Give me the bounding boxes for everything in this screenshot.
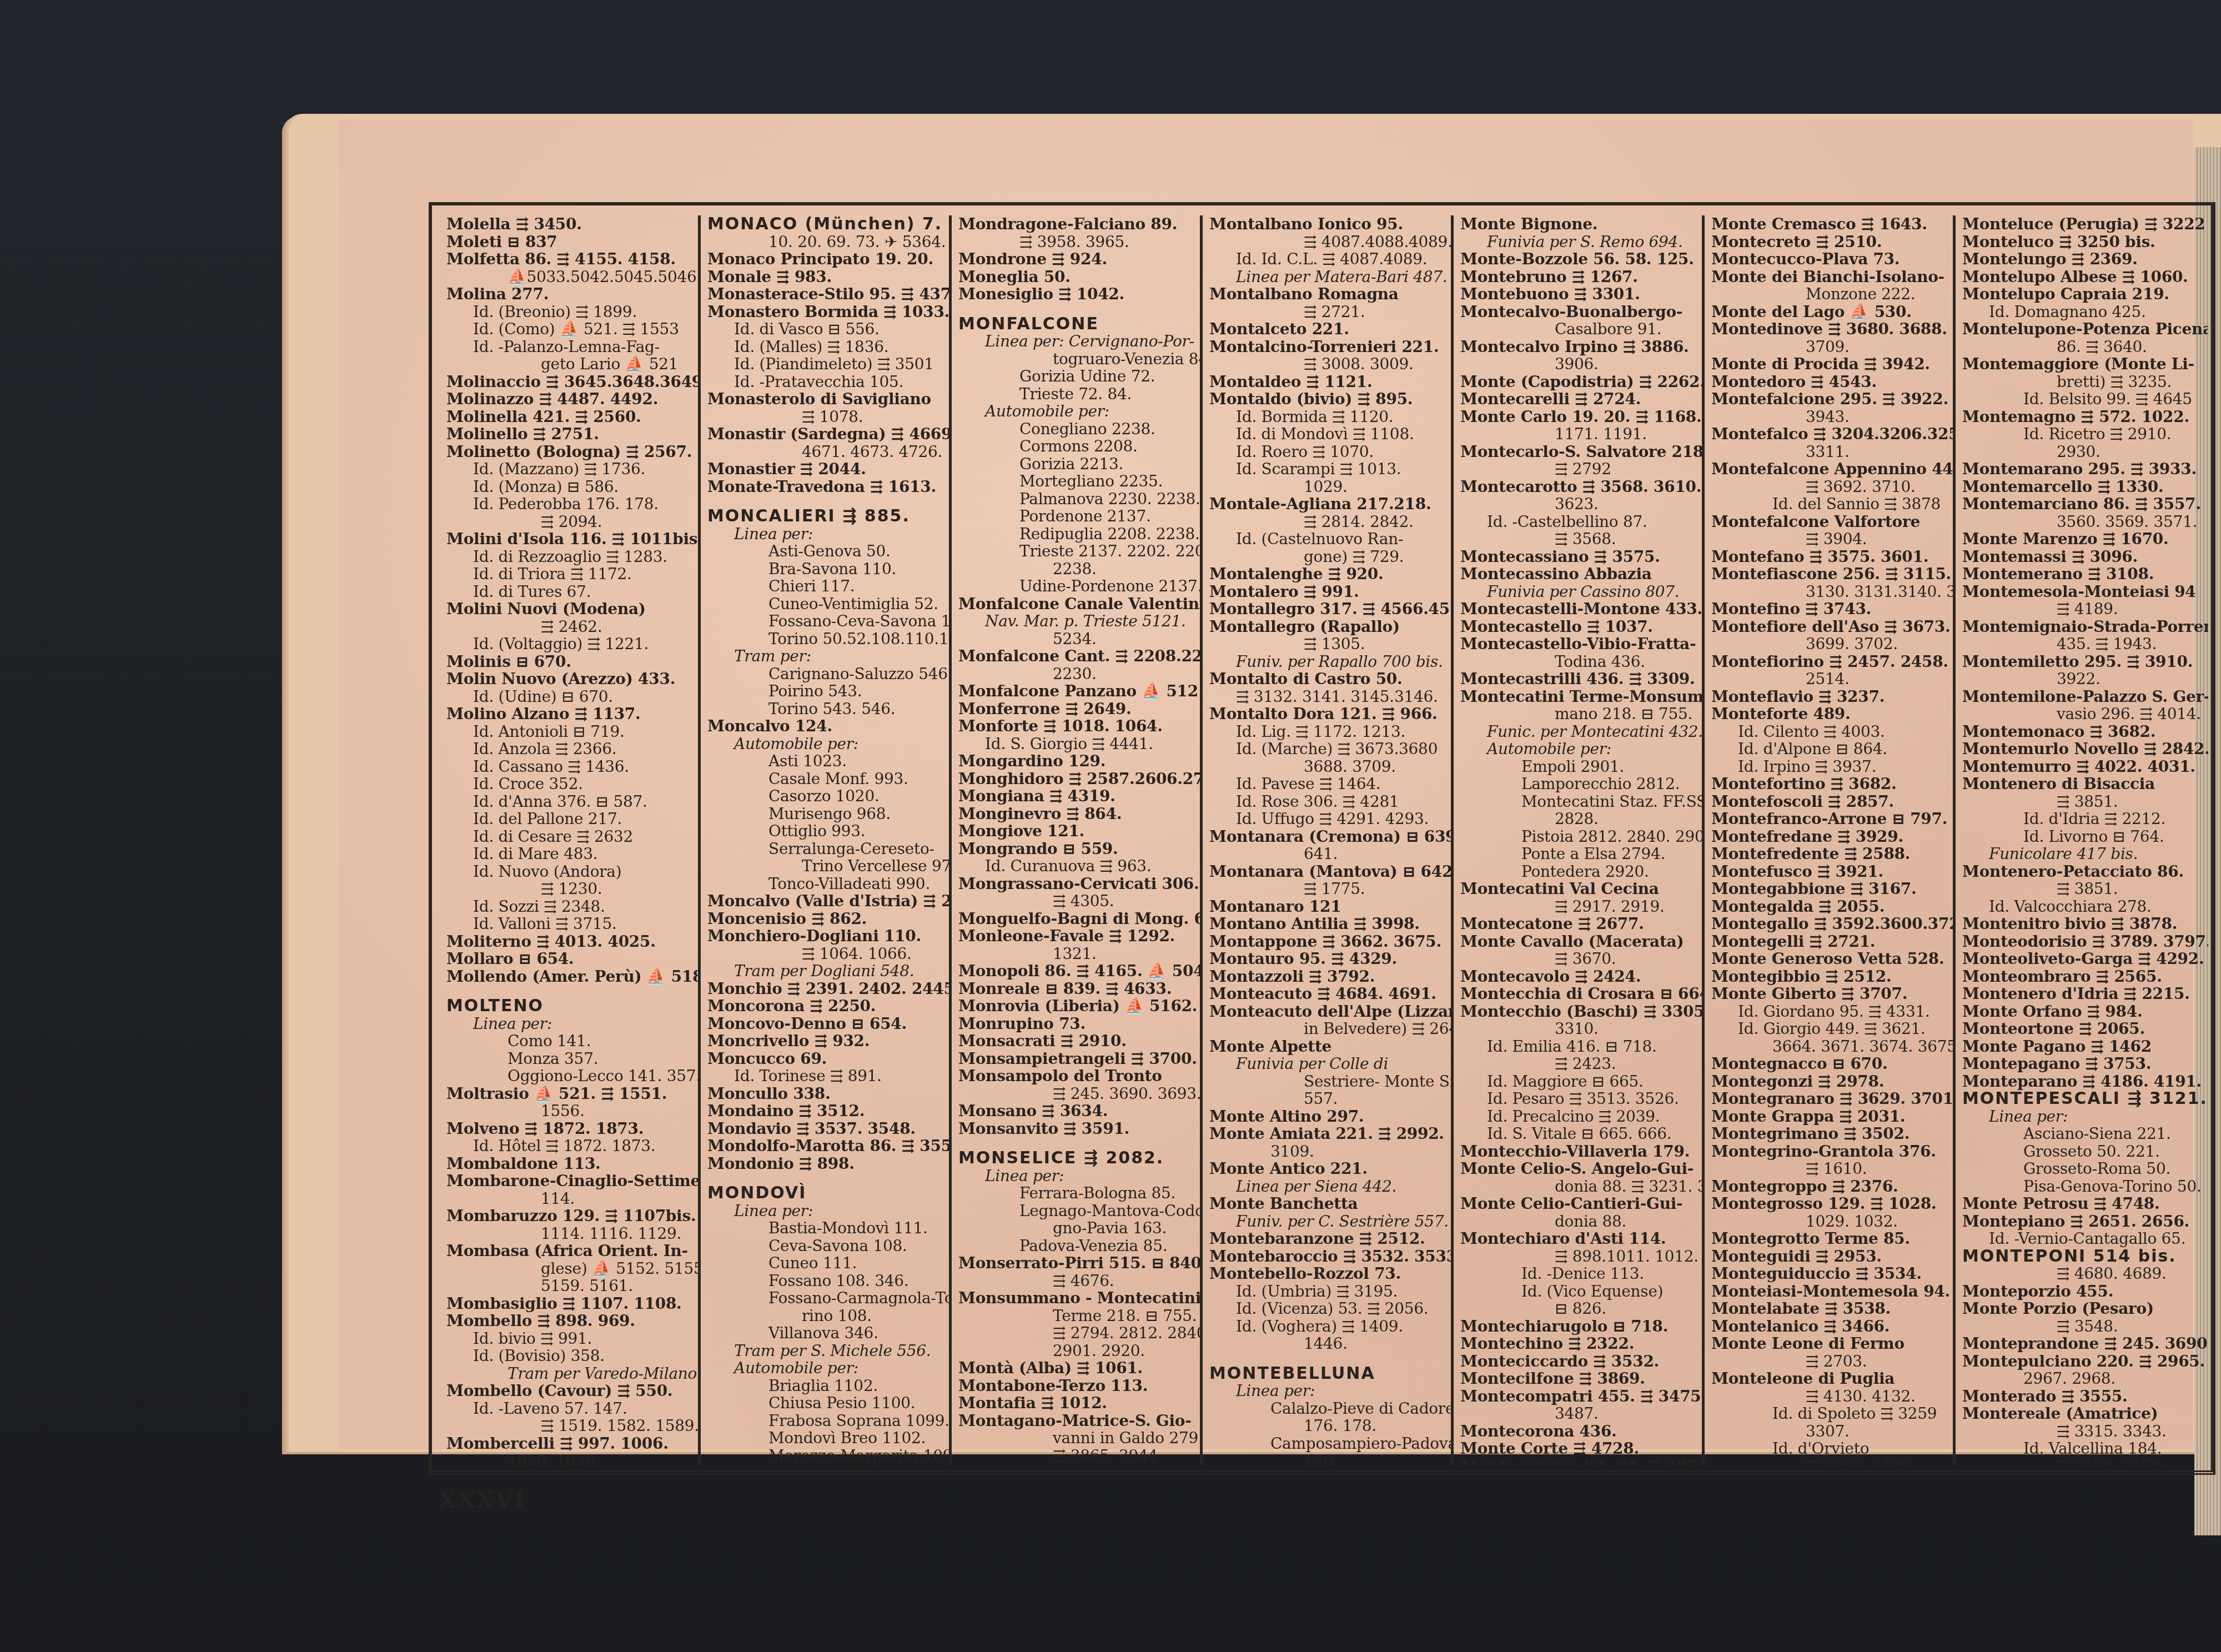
section-heading: MONTEPESCALI ⇶ 3121. xyxy=(1962,1090,2204,1108)
index-entry: Tram per Dogliani 548. xyxy=(707,962,944,980)
index-entry: Linea per Matera-Bari 487. xyxy=(1209,268,1446,286)
index-entry: Casale Monf. 993. xyxy=(707,770,944,788)
index-entry: Monopoli 86. ⇶ 4165. ⛵ 5042. xyxy=(958,962,1195,980)
index-entry: Montaldo (bivio) ⇶ 895. xyxy=(1209,390,1446,408)
section-heading: MONFALCONE xyxy=(958,315,1195,333)
index-entry: Moncovo-Denno ⊟ 654. xyxy=(707,1015,944,1033)
index-entry: Linea per: xyxy=(707,525,944,543)
index-entry: Automobile per: xyxy=(958,403,1195,420)
index-entry: Monteporzio 455. xyxy=(1962,1283,2204,1300)
index-entry: Torino 543. 546. xyxy=(707,700,944,718)
index-entry: Montemarcello ⇶ 1330. xyxy=(1962,478,2204,496)
index-entry: Id. -Castelbellino 87. xyxy=(1460,513,1697,531)
index-entry: 10. 20. 69. 73. ✈ 5364. xyxy=(707,233,944,251)
index-entry: Morozzo-Margarita 1092. xyxy=(707,1447,944,1465)
index-entry: 1114. 1116. 1129. xyxy=(446,1225,694,1243)
index-entry: Id. -Denice 113. xyxy=(1460,1265,1697,1283)
index-entry: Ottiglio 993. xyxy=(707,822,944,840)
index-entry: Cormons 2208. xyxy=(958,438,1195,455)
index-entry: Id. Valloni ⇶ 3715. xyxy=(446,915,694,933)
page-number: XXXVI xyxy=(439,1487,526,1513)
index-entry: Monte Pagano ⇶ 1462 xyxy=(1962,1038,2204,1056)
index-entry: Montegibbio ⇶ 2512. xyxy=(1711,968,1948,986)
index-entry: Redipuglia 2208. 2238. xyxy=(958,525,1195,543)
index-entry: Molfetta 86. ⇶ 4155. 4158. xyxy=(446,250,694,268)
index-entry: Montefino ⇶ 3743. xyxy=(1711,600,1948,618)
index-entry: Id. (Voghera) ⇶ 1409. xyxy=(1209,1318,1446,1335)
index-entry: Id. Hôtel ⇶ 1872. 1873. xyxy=(446,1137,694,1155)
index-entry: Montale-Agliana 217.218. xyxy=(1209,495,1446,513)
index-entry: Mollendo (Amer. Perù) ⛵ 5186. xyxy=(446,968,694,986)
index-entry: Linea per: xyxy=(958,1167,1195,1185)
index-entry: ⇶ 2423. xyxy=(1460,1055,1697,1073)
index-entry: 176. 178. xyxy=(1209,1417,1446,1435)
index-entry: vanni in Galdo 279. xyxy=(958,1429,1195,1447)
index-entry: 2238. xyxy=(958,560,1195,578)
index-entry: Monte Orfano ⇶ 984. xyxy=(1962,1003,2204,1021)
index-entry: Id. -Vernio-Cantagallo 65. xyxy=(1962,1230,2204,1248)
index-entry: Monte Altino 297. xyxy=(1209,1108,1446,1126)
index-entry: Id. Precalcino ⇶ 2039. xyxy=(1460,1108,1697,1126)
index-entry: Gorizia 2213. xyxy=(958,455,1195,473)
index-entry: Monferrone ⇶ 2649. xyxy=(958,700,1195,718)
index-entry: Monsummano - Montecatini xyxy=(958,1289,1195,1307)
index-entry: Molini d'Isola 116. ⇶ 1011bis xyxy=(446,530,694,548)
index-entry: Montecastrilli 436. ⇶ 3309. xyxy=(1460,670,1697,688)
index-entry: Fossano-Ceva-Savona 108 xyxy=(707,612,944,630)
index-entry: Id. di Mare 483. xyxy=(446,845,694,863)
index-entry: Monteombraro ⇶ 2565. xyxy=(1962,968,2204,986)
index-entry: 2930. xyxy=(1962,443,2204,461)
index-entry: Molveno ⇶ 1872. 1873. xyxy=(446,1120,694,1138)
index-entry: Id. Cassano ⇶ 1436. xyxy=(446,758,694,776)
index-entry: 2901. 2920. xyxy=(958,1342,1195,1360)
index-entry: Funivia per S. Remo 694. xyxy=(1460,233,1697,251)
index-entry: Udine-Pordenone 2137. xyxy=(958,578,1195,595)
index-entry: 3709. xyxy=(1711,338,1948,356)
index-entry: Montecreto ⇶ 2510. xyxy=(1711,233,1948,251)
index-entry: Montalto Dora 121. ⇶ 966. xyxy=(1209,705,1446,723)
index-entry: Montelabate ⇶ 3538. xyxy=(1711,1300,1948,1318)
index-entry: Conegliano 2238. xyxy=(958,420,1195,438)
index-entry: Monforte ⇶ 1018. 1064. xyxy=(958,717,1195,735)
index-entry: ⇶ 2721. xyxy=(1209,303,1446,321)
index-entry: Montegabbione ⇶ 3167. xyxy=(1711,880,1948,898)
index-entry: Monsampietrangeli ⇶ 3700. xyxy=(958,1050,1195,1068)
index-entry: Monteacuto ⇶ 4684. 4691. xyxy=(1209,985,1446,1003)
index-entry: Montemiletto 295. ⇶ 3910. xyxy=(1962,653,2204,671)
index-entry: Id. Belsito 99. ⇶ 4645 xyxy=(1962,390,2204,408)
index-entry: Montazzoli ⇶ 3792. xyxy=(1209,968,1446,986)
index-entry: ⊟ 826. xyxy=(1460,1300,1697,1318)
index-entry: Mondrone ⇶ 924. xyxy=(958,250,1195,268)
index-entry: gno-Pavia 163. xyxy=(958,1219,1195,1237)
index-entry: Trieste 72. 84. xyxy=(958,385,1195,403)
index-entry: Mombaruzzo 129. ⇶ 1107bis. xyxy=(446,1207,694,1225)
index-entry: Montegnacco ⊟ 670. xyxy=(1711,1055,1948,1073)
index-entry: ⇶ 2094. xyxy=(446,513,694,531)
index-entry: ⇶ 1305. xyxy=(1209,635,1446,653)
index-entry: Id. (Mazzano) ⇶ 1736. xyxy=(446,460,694,478)
index-entry: Padova-Venezia 85. xyxy=(958,1237,1195,1255)
index-entry: Montappone ⇶ 3662. 3675. xyxy=(1209,933,1446,951)
index-entry: Mombello ⇶ 898. 969. xyxy=(446,1312,694,1330)
index-entry: Id. di Vasco ⊟ 556. xyxy=(707,320,944,338)
index-entry: Monte di Procida ⇶ 3942. xyxy=(1711,355,1948,373)
index-entry: Monaco Principato 19. 20. xyxy=(707,250,944,268)
index-entry: Monte Marenzo ⇶ 1670. xyxy=(1962,530,2204,548)
index-entry: Id. Lig. ⇶ 1172. 1213. xyxy=(1209,723,1446,741)
index-entry: ⇶ 3670. xyxy=(1460,950,1697,968)
index-entry: Molin Nuovo (Arezzo) 433. xyxy=(446,670,694,688)
index-entry: 86. ⇶ 3640. xyxy=(1962,338,2204,356)
index-entry: ⇶ 2917. 2919. xyxy=(1460,898,1697,916)
index-entry: Montemarciano 86. ⇶ 3557. xyxy=(1962,495,2204,513)
index-entry: Id. di Tures 67. xyxy=(446,583,694,601)
index-entry: 3906. xyxy=(1460,355,1697,373)
index-entry: ⇶ 2814. 2842. xyxy=(1209,513,1446,531)
index-column-7: Monteluce (Perugia) ⇶ 3222Monteluco ⇶ 32… xyxy=(1956,215,2208,1465)
index-entry: Id. Domagnano 425. xyxy=(1962,303,2204,321)
index-entry: 5159. 5161. xyxy=(446,1277,694,1295)
index-entry: Id. (Como) ⛵ 521. ⇶ 1553 xyxy=(446,320,694,338)
index-entry: Montefranco-Arrone ⊟ 797. xyxy=(1711,810,1948,828)
index-entry: ⇶ 2794. 2812. 2840. xyxy=(958,1324,1195,1342)
index-entry: Id. (Umbria) ⇶ 3195. xyxy=(1209,1283,1446,1300)
index-entry: Id. Anzola ⇶ 2366. xyxy=(446,740,694,758)
index-entry: Id. Nuovo (Andora) xyxy=(446,863,694,881)
index-entry: Murisengo 968. xyxy=(707,805,944,823)
index-entry: Mombasiglio ⇶ 1107. 1108. xyxy=(446,1295,694,1313)
index-entry: Mondovì Breo 1102. xyxy=(707,1429,944,1447)
index-entry: Empoli 2901. xyxy=(1460,758,1697,776)
index-entry: donia 88. xyxy=(1460,1213,1697,1231)
index-entry: Asti-Genova 50. xyxy=(707,543,944,560)
index-entry: Monteforte 489. xyxy=(1711,705,1948,723)
index-entry: Chieri 117. xyxy=(707,578,944,595)
index-entry: Bra-Savona 110. xyxy=(707,560,944,578)
index-entry: ⇶ 3692. 3710. xyxy=(1711,478,1948,496)
index-entry: Id. (Malles) ⇶ 1836. xyxy=(707,338,944,356)
index-entry: Monterado ⇶ 3555. xyxy=(1962,1388,2204,1405)
index-entry: Montepagano ⇶ 3753. xyxy=(1962,1055,2204,1073)
index-entry: Moliterno ⇶ 4013. 4025. xyxy=(446,933,694,951)
index-entry: Id. del Pallone 217. xyxy=(446,810,694,828)
section-heading: MONDOVÌ xyxy=(707,1184,944,1202)
index-entry: Monza 357. xyxy=(446,1050,694,1068)
section-heading: MOLTENO xyxy=(446,997,694,1015)
index-entry: Monteleone di Puglia xyxy=(1711,1370,1948,1388)
index-entry: Grosseto 50. 221. xyxy=(1962,1143,2204,1161)
index-entry: Montefalco ⇶ 3204.3206.3250 xyxy=(1711,425,1948,443)
index-entry: Montemassi ⇶ 3096. xyxy=(1962,548,2204,566)
index-entry: Monchio ⇶ 2391. 2402. 2445. xyxy=(707,980,944,998)
index-entry: Mongiove 121. xyxy=(958,822,1195,840)
index-entry: 3688. 3709. xyxy=(1209,758,1446,776)
index-entry: Montemaggiore (Monte Li- xyxy=(1962,355,2204,373)
index-entry: Montecastello ⇶ 1037. xyxy=(1460,618,1697,636)
index-entry: Monteguidi ⇶ 2953. xyxy=(1711,1248,1948,1266)
index-entry: Montà (Alba) ⇶ 1061. xyxy=(958,1359,1195,1377)
index-entry: Montegrosso 129. ⇶ 1028. xyxy=(1711,1195,1948,1213)
index-entry: gone) ⇶ 729. xyxy=(1209,548,1446,566)
index-entry: Legnago-Mantova-Codo- xyxy=(958,1202,1195,1220)
index-entry: Monsampolo del Tronto xyxy=(958,1067,1195,1085)
index-entry: Molinaccio ⇶ 3645.3648.3649. xyxy=(446,373,694,391)
index-entry: Monteguiduccio ⇶ 3534. xyxy=(1711,1265,1948,1283)
index-entry: Monasterolo di Savigliano xyxy=(707,390,944,408)
index-entry: Monzone 222. xyxy=(1711,285,1948,303)
index-entry: Id. -Pratavecchia 105. xyxy=(707,373,944,391)
index-entry: Montaldeo ⇶ 1121. xyxy=(1209,373,1446,391)
index-entry: Montefiore dell'Aso ⇶ 3673. xyxy=(1711,618,1948,636)
index-entry: Monteacuto dell'Alpe (Lizzano xyxy=(1209,1003,1446,1021)
index-entry: Mongiana ⇶ 4319. xyxy=(958,787,1195,805)
index-entry: Monasterace-Stilo 95. ⇶ 4378. xyxy=(707,285,944,303)
index-entry: Mondavio ⇶ 3537. 3548. xyxy=(707,1120,944,1138)
index-entry: Linea per: Cervignano-Por- xyxy=(958,333,1195,350)
index-entry: Oggiono-Lecco 141. 357. xyxy=(446,1067,694,1085)
index-entry: Montechiaro d'Asti 114. xyxy=(1460,1230,1697,1248)
index-entry: Montefusco ⇶ 3921. xyxy=(1711,863,1948,881)
index-entry: Monte Amiata 221. ⇶ 2992. xyxy=(1209,1125,1446,1143)
index-entry: Montelupo Albese ⇶ 1060. xyxy=(1962,268,2204,286)
index-entry: 1029. xyxy=(1209,478,1446,496)
index-entry: Id. Ricetro ⇶ 2910. xyxy=(1962,425,2204,443)
index-entry: 4671. 4673. 4726. xyxy=(707,443,944,461)
index-entry: Montefredente ⇶ 2588. xyxy=(1711,845,1948,863)
index-entry: vasio 296. ⇶ 4014. xyxy=(1962,705,2204,723)
index-entry: Mombarone-Cinaglio-Settime xyxy=(446,1172,694,1190)
index-entry: Funivia per Colle di xyxy=(1209,1055,1446,1073)
index-entry: Pistoia 2812. 2840. 2901. xyxy=(1460,828,1697,846)
index-entry: Montegonzi ⇶ 2978. xyxy=(1711,1073,1948,1091)
index-entry: Montalenghe ⇶ 920. xyxy=(1209,565,1446,583)
index-entry: donia 88. ⇶ 3231. 3241. xyxy=(1460,1178,1697,1196)
index-entry: Id. Emilia 416. ⊟ 718. xyxy=(1460,1038,1697,1056)
index-entry: Montagano-Matrice-S. Gio- xyxy=(958,1412,1195,1430)
section-heading: MONSELICE ⇶ 2082. xyxy=(958,1149,1195,1167)
index-entry: ⇶ 898.1011. 1012. xyxy=(1460,1248,1697,1266)
index-entry: Molella ⇶ 3450. xyxy=(446,215,694,233)
index-entry: Moncullo 338. xyxy=(707,1085,944,1103)
index-entry: Id. S. Giorgio ⇶ 4441. xyxy=(958,735,1195,753)
index-entry: Monteluco ⇶ 3250 bis. xyxy=(1962,233,2204,251)
index-entry: Monte Celio-S. Angelo-Gui- xyxy=(1460,1160,1697,1178)
index-entry: Montefortino ⇶ 3682. xyxy=(1711,775,1948,793)
index-entry: Montafia ⇶ 1012. xyxy=(958,1394,1195,1412)
index-entry: Linea per: xyxy=(446,1015,694,1033)
index-entry: Linea per: xyxy=(707,1202,944,1220)
index-entry: ⇶ 4189. xyxy=(1962,600,2204,618)
index-entry: ⇶ 3865. 3944. xyxy=(958,1447,1195,1465)
index-entry: 3560. 3569. 3571. xyxy=(1962,513,2204,531)
index-entry: Id. d'Alpone ⊟ 864. xyxy=(1711,740,1948,758)
index-entry: Montelupone-Potenza Picena xyxy=(1962,320,2204,338)
index-entry: Casalbore 91. xyxy=(1460,320,1697,338)
index-entry: Montecavolo ⇶ 2424. xyxy=(1460,968,1697,986)
index-entry: Sestriere- Monte Sises xyxy=(1209,1073,1446,1091)
index-entry: Palmanova 2230. 2238. xyxy=(958,490,1195,508)
index-entry: Monte del Lago ⛵ 530. xyxy=(1711,303,1948,321)
index-entry: Montebaranzone ⇶ 2512. xyxy=(1209,1230,1446,1248)
index-entry: Molinetto (Bologna) ⇶ 2567. xyxy=(446,443,694,461)
index-entry: Id. (Udine) ⊟ 670. xyxy=(446,688,694,706)
index-entry: bretti) ⇶ 3235. xyxy=(1962,373,2204,391)
index-entry: ⇶ 3167. 3180. xyxy=(1711,1458,1948,1465)
index-entry: Id. Id. C.L. ⇶ 4087.4089. xyxy=(1209,250,1446,268)
index-entry: Molinis ⊟ 670. xyxy=(446,653,694,671)
index-entry: Monguelfo-Bagni di Mong. 66. xyxy=(958,910,1195,928)
index-entry: Monteciccardo ⇶ 3532. xyxy=(1460,1353,1697,1370)
index-entry: Id. (Vicenza) 53. ⇶ 2056. xyxy=(1209,1300,1446,1318)
index-entry: 3922. xyxy=(1962,670,2204,688)
index-entry: Montebello-Rozzol 73. xyxy=(1209,1265,1446,1283)
index-entry: Id. Maggiore ⊟ 665. xyxy=(1460,1073,1697,1091)
index-entry: Moltrasio ⛵ 521. ⇶ 1551. xyxy=(446,1085,694,1103)
index-entry: Montecarelli ⇶ 2724. xyxy=(1460,390,1697,408)
index-entry: Id. Valcellina 184. xyxy=(1962,1440,2204,1458)
index-entry: Chiusa Pesio 1100. xyxy=(707,1394,944,1412)
index-entry: ⇶ 3958. 3965. xyxy=(958,233,1195,251)
index-entry: Automobile per: xyxy=(1460,740,1697,758)
index-entry: Carignano-Saluzzo 546 xyxy=(707,665,944,683)
index-entry: Monteparano ⇶ 4186. 4191. xyxy=(1962,1073,2204,1091)
index-entry: Grosseto-Roma 50. xyxy=(1962,1160,2204,1178)
index-entry: Montefredane ⇶ 3929. xyxy=(1711,828,1948,846)
index-entry: Montemurro ⇶ 4022. 4031. xyxy=(1962,758,2204,776)
index-entry: ⇶ 4305. xyxy=(958,892,1195,910)
index-entry: Ponte a Elsa 2794. xyxy=(1460,845,1697,863)
index-entry: Id. Curanuova ⇶ 963. xyxy=(958,857,1195,875)
index-entry: Id. di Triora ⇶ 1172. xyxy=(446,565,694,583)
index-entry: Montenitro bivio ⇶ 3878. xyxy=(1962,915,2204,933)
index-entry: Monale ⇶ 983. xyxy=(707,268,944,286)
index-entry: Montedoro ⇶ 4543. xyxy=(1711,373,1948,391)
index-entry: Monte Carlo 19. 20. ⇶ 1168. xyxy=(1460,408,1697,426)
index-entry: Monteprandone ⇶ 245. 3690. xyxy=(1962,1335,2204,1353)
index-entry: Fossano-Carmagnola-To- xyxy=(707,1289,944,1307)
index-entry: Id. Pavese ⇶ 1464. xyxy=(1209,775,1446,793)
index-entry: Montecompatri 455. ⇶ 3475 xyxy=(1460,1388,1697,1405)
index-entry: mano 218. ⊟ 755. xyxy=(1460,705,1697,723)
index-entry: ⇶ 1775. xyxy=(1209,880,1446,898)
index-entry: Montefalcone Valfortore xyxy=(1711,513,1948,531)
index-columns: Molella ⇶ 3450.Moleti ⊟ 837Molfetta 86. … xyxy=(440,215,2208,1465)
index-entry: ⇶ 1519. 1582. 1589. xyxy=(446,1417,694,1435)
index-entry: 3307. xyxy=(1711,1423,1948,1440)
index-entry: 5234. xyxy=(958,630,1195,648)
index-entry: rino 108. xyxy=(707,1307,944,1325)
index-entry: Montecassiano ⇶ 3575. xyxy=(1460,548,1697,566)
index-entry: Monrupino 73. xyxy=(958,1015,1195,1033)
index-entry: Id. (Vico Equense) xyxy=(1460,1283,1697,1300)
index-entry: Fossano 108. 346. xyxy=(707,1272,944,1290)
index-entry: Frabosa Soprana 1099. xyxy=(707,1412,944,1430)
index-entry: Montecchio-Villaverla 179. xyxy=(1460,1143,1697,1161)
index-column-3: Mondragone-Falciano 89.⇶ 3958. 3965.Mond… xyxy=(952,215,1203,1465)
index-entry: Id. Antonioli ⊟ 719. xyxy=(446,723,694,741)
index-entry: Gorizia Udine 72. xyxy=(958,368,1195,385)
index-entry: Moncorona ⇶ 2250. xyxy=(707,997,944,1015)
index-entry: Monte dei Bianchi-Isolano- xyxy=(1711,268,1948,286)
index-entry: 641. xyxy=(1209,845,1446,863)
index-entry: Monleone-Favale ⇶ 1292. xyxy=(958,927,1195,945)
index-entry: Montalceto 221. xyxy=(1209,320,1446,338)
index-entry: 1028. 1029. xyxy=(446,1452,694,1465)
index-entry: ⛵5033.5042.5045.5046 xyxy=(446,268,694,286)
index-entry: Id. di Cesare ⇶ 2632 xyxy=(446,828,694,846)
index-entry: 3943. xyxy=(1711,408,1948,426)
index-entry: Monsanvito ⇶ 3591. xyxy=(958,1120,1195,1138)
index-entry: 3311. xyxy=(1711,443,1948,461)
index-entry: in Belvedere) ⇶ 2641. xyxy=(1209,1020,1446,1038)
index-entry: Mollaro ⊟ 654. xyxy=(446,950,694,968)
index-entry: Tram per: xyxy=(707,647,944,665)
index-entry: Id. Livorno ⊟ 764. xyxy=(1962,828,2204,846)
index-entry: Montano Antilia ⇶ 3998. xyxy=(1209,915,1446,933)
index-entry: Como 141. xyxy=(446,1032,694,1050)
index-entry: Monchiero-Dogliani 110. xyxy=(707,927,944,945)
index-entry: Montalcino-Torrenieri 221. xyxy=(1209,338,1446,356)
index-entry: Montecarlo-S. Salvatore 218. xyxy=(1460,443,1697,461)
index-entry: Monteortone ⇶ 2065. xyxy=(1962,1020,2204,1038)
index-entry: Mombaldone 113. xyxy=(446,1155,694,1173)
index-entry: Mondaino ⇶ 3512. xyxy=(707,1102,944,1120)
index-entry: Montepulciano 220. ⇶ 2965. xyxy=(1962,1353,2204,1370)
index-entry: Montecalvo Irpino ⇶ 3886. xyxy=(1460,338,1697,356)
index-entry: ⇶ 3008. 3009. xyxy=(1209,355,1446,373)
index-entry: Montemilone-Palazzo S. Ger- xyxy=(1962,688,2204,706)
index-entry: Monfalcone Canale Valentinis xyxy=(958,595,1195,613)
index-entry: Ceva-Savona 108. xyxy=(707,1237,944,1255)
index-entry: Montefalcione 295. ⇶ 3922. xyxy=(1711,390,1948,408)
index-entry: Mongardino 129. xyxy=(958,752,1195,770)
index-entry: Casorzo 1020. xyxy=(707,787,944,805)
section-heading: MONACO (München) 7. xyxy=(707,215,944,233)
index-entry: Pisa-Genova-Torino 50. xyxy=(1962,1178,2204,1196)
index-entry: Montechino ⇶ 2322. xyxy=(1460,1335,1697,1353)
index-entry: Monte Antico 221. xyxy=(1209,1160,1446,1178)
index-entry: Montebuono ⇶ 3301. xyxy=(1460,285,1697,303)
index-entry: Monte Grappa ⇶ 2031. xyxy=(1711,1108,1948,1126)
index-entry: Monastir (Sardegna) ⇶ 4669. xyxy=(707,425,944,443)
index-entry: Mongrando ⊟ 559. xyxy=(958,840,1195,858)
index-entry: Mombello (Cavour) ⇶ 550. xyxy=(446,1382,694,1400)
index-entry: Montallegro 317. ⇶ 4566.4570 xyxy=(1209,600,1446,618)
index-entry: ⇶ 4130. 4132. xyxy=(1711,1388,1948,1405)
index-entry: Id. bivio ⇶ 991. xyxy=(446,1330,694,1348)
index-entry: 1171. 1191. xyxy=(1460,425,1697,443)
index-entry: Id. (Breonio) ⇶ 1899. xyxy=(446,303,694,321)
index-entry: Monastier ⇶ 2044. xyxy=(707,460,944,478)
index-entry: Montedinove ⇶ 3680. 3688. xyxy=(1711,320,1948,338)
index-entry: Montemagno ⇶ 572. 1022. xyxy=(1962,408,2204,426)
index-entry: Montenero di Bisaccia xyxy=(1962,775,2204,793)
index-entry: Montecastello-Vibio-Fratta- xyxy=(1460,635,1697,653)
index-entry: Id. -Laveno 57. 147. xyxy=(446,1400,694,1418)
index-entry: ⇶ 3132. 3141. 3145.3146. xyxy=(1209,688,1446,706)
index-entry: Monte Corte ⇶ 4728. xyxy=(1460,1440,1697,1458)
index-entry: Montefano ⇶ 3575. 3601. xyxy=(1711,548,1948,566)
index-entry: Id. Rose 306. ⇶ 4281 xyxy=(1209,793,1446,811)
index-entry: Id. Cilento ⇶ 4003. xyxy=(1711,723,1948,741)
index-entry: ⇶ 1610. xyxy=(1711,1160,1948,1178)
index-entry: Monfalcone Panzano ⛵ 5121. xyxy=(958,682,1195,700)
index-entry: Montecchio (Baschi) ⇶ 3305. xyxy=(1460,1003,1697,1021)
index-entry: 3699. 3702. xyxy=(1711,635,1948,653)
index-entry: Montemerano ⇶ 3108. xyxy=(1962,565,2204,583)
